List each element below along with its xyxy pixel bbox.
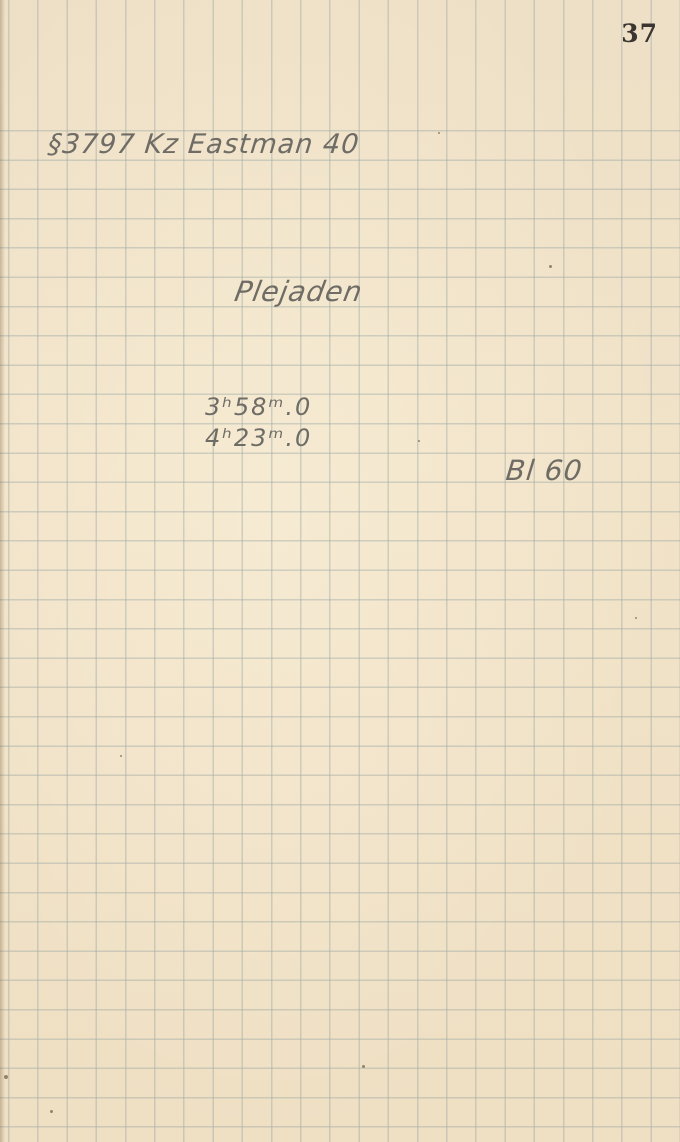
paper-speck xyxy=(438,132,440,134)
time-list: 3ʰ58ᵐ.0 4ʰ23ᵐ.0 xyxy=(205,392,312,454)
page-binding-edge xyxy=(0,0,5,1142)
paper-speck xyxy=(50,1110,53,1113)
paper-speck xyxy=(120,755,122,757)
side-note: Bl 60 xyxy=(504,454,584,487)
note-title: Plejaden xyxy=(232,275,365,308)
time-entry: 3ʰ58ᵐ.0 xyxy=(205,392,312,423)
time-entry: 4ʰ23ᵐ.0 xyxy=(205,423,312,454)
paper-speck xyxy=(362,1065,365,1068)
paper-speck xyxy=(549,265,552,268)
paper-speck xyxy=(4,1075,8,1079)
catalog-note: §3797 Kz Eastman 40 xyxy=(46,129,361,160)
page-number: 37 xyxy=(621,19,658,48)
paper-speck xyxy=(418,440,420,442)
paper-speck xyxy=(635,617,637,619)
notebook-page: 37 §3797 Kz Eastman 40 Plejaden 3ʰ58ᵐ.0 … xyxy=(0,0,680,1142)
